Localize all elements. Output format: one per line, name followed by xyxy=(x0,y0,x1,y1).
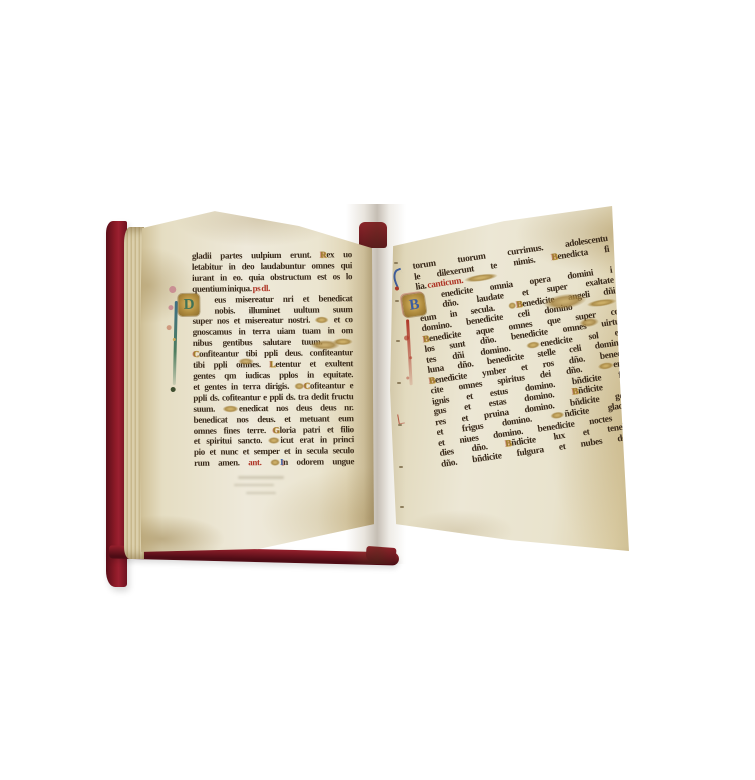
marginal-flourish-left xyxy=(173,301,178,385)
binding-stitch xyxy=(399,466,403,468)
body-text: gentes qm iudicas pplos in equitate. xyxy=(193,369,353,381)
body-text: suum. xyxy=(193,403,223,413)
body-text: benedicat nos deus. et metuant eum xyxy=(194,413,354,425)
body-text: rum amen. xyxy=(194,457,248,468)
gold-smudge xyxy=(310,340,340,350)
body-text: letabitur in deo laudabuntur omnes qui xyxy=(192,260,352,272)
gold-smudge xyxy=(294,383,304,390)
binding-stitch xyxy=(395,300,399,302)
gold-smudge xyxy=(315,317,329,324)
body-text: gnoscamus in terra uiam tuam in om xyxy=(193,326,353,338)
gold-smudge xyxy=(268,437,280,444)
body-text: ex uo xyxy=(326,249,352,259)
body-text: et spiritui sancto. xyxy=(194,435,269,446)
illuminated-initial-d: D xyxy=(178,294,199,316)
marginal-flourish-top xyxy=(390,268,407,289)
illuminated-initial-b: B xyxy=(402,292,427,317)
body-text: et co xyxy=(329,315,353,325)
left-page-text: D gladii partes uulpium erunt. Rex uolet… xyxy=(192,249,354,469)
body-text: ppli ds. cofiteantur e ppli ds. tra dedi… xyxy=(193,391,353,403)
body-text: gladii partes uulpium erunt. xyxy=(192,250,320,261)
body-text: et gentes in terra dirigis. xyxy=(193,381,294,392)
binding-stitch xyxy=(394,262,398,264)
photo-background: { "palette": { "cover_red": "#8e1b28", "… xyxy=(0,0,755,780)
body-text: quentium iniqua. xyxy=(192,283,252,294)
binding-stitch xyxy=(396,340,400,342)
rubric-text: ant. xyxy=(248,457,270,467)
book-spine-bottom xyxy=(365,546,396,564)
body-text: super nos et misereatur nostri. xyxy=(193,315,315,326)
right-page-text: B torum tuorum currimus. adolescentule d… xyxy=(412,234,637,470)
text-line: iurant in eo. quia obstructum est os lo xyxy=(192,271,352,284)
body-text: etentur et exultent xyxy=(275,358,353,369)
gold-smudge xyxy=(238,358,254,365)
folio-number: 12 xyxy=(391,526,399,533)
binding-stitch xyxy=(397,382,401,384)
body-text: eus misereatur nri et benedicat xyxy=(214,293,352,304)
body-text: iurant in eo. quia obstructum est os lo xyxy=(192,271,352,283)
left-page: D gladii partes uulpium erunt. Rex uolet… xyxy=(138,208,378,560)
right-page: B torum tuorum currimus. adolescentule d… xyxy=(383,198,635,560)
body-text: omnes fines terre. xyxy=(194,425,273,436)
body-text: icut erat in princi xyxy=(280,435,354,446)
body-text: ofiteantur e xyxy=(310,380,353,390)
manuscript-book: D gladii partes uulpium erunt. Rex uolet… xyxy=(0,0,755,780)
marginal-mark-red xyxy=(397,414,405,425)
gold-smudge xyxy=(526,340,541,349)
body-text: tibi ppli omnes. xyxy=(193,359,270,370)
show-through-mark xyxy=(246,492,276,494)
show-through-mark xyxy=(238,476,284,479)
book-spine-top xyxy=(359,222,387,248)
body-text: pio et nunc et semper et in secula secul… xyxy=(194,445,354,457)
gold-smudge xyxy=(270,459,280,466)
marginal-flourish-bottom xyxy=(406,319,412,385)
show-through-mark xyxy=(234,484,274,486)
body-text: nobis. illuminet uultum suum xyxy=(214,304,352,315)
rubric-text: ps dl. xyxy=(253,283,271,293)
text-line: rum amen. ant. In odorem ungue xyxy=(194,456,354,469)
gold-smudge xyxy=(550,411,565,420)
body-text: enedicat nos deus deus nr. xyxy=(239,402,354,413)
body-text: ene xyxy=(613,359,627,371)
body-text: loria patri et filio xyxy=(279,424,353,435)
gold-smudge xyxy=(597,361,614,370)
binding-stitch xyxy=(398,424,402,426)
gold-smudge xyxy=(223,405,239,412)
binding-stitch xyxy=(400,506,404,508)
body-text: n odorem ungue xyxy=(283,456,354,467)
